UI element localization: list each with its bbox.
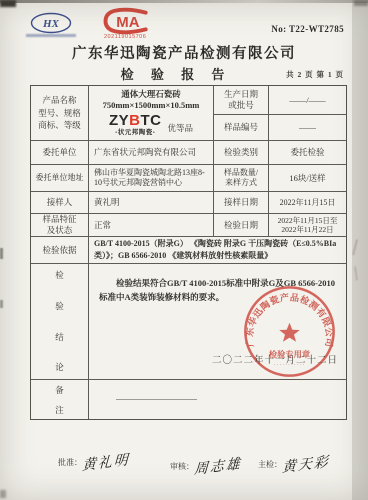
remark-label-char: 备 — [55, 385, 64, 396]
cma-certification-logo: MA — [102, 7, 152, 35]
sampler-value: 黄礼明 — [89, 192, 213, 213]
sample-state-label-line: 及状态 — [47, 225, 73, 236]
document-photo: HX MA 202119015706 No: T22-WT2785 广东华迅陶瓷… — [0, 0, 368, 500]
zybtc-letters: ZY — [109, 112, 129, 129]
product-label-line: 型号、规格 — [38, 108, 81, 119]
approver-signature: 批准： 黄礼明 — [58, 452, 130, 472]
inspection-type-label: 检验类别 — [214, 141, 268, 164]
product-label-line: 商标、等级 — [38, 120, 81, 131]
client-address-label: 委托单位地址 — [31, 165, 88, 191]
inspect-signature-name: 黄天彩 — [282, 451, 331, 477]
review-signature-name: 周志雄 — [194, 453, 243, 479]
reviewer-signature: 审核： 周志雄 — [170, 456, 242, 476]
sample-number-label: 样品编号 — [214, 115, 268, 140]
zybtc-letter-red: B — [129, 112, 140, 129]
sample-number-value: —— — [269, 115, 346, 140]
photo-corner-smudge-left — [0, 0, 16, 7]
conclusion-label-char: 检 — [55, 270, 64, 281]
inspection-date-line: 2022年11月15日至 — [278, 216, 338, 225]
conclusion-label-char: 结 — [55, 332, 64, 343]
signature-row: 批准： 黄礼明 审核： 周志雄 主检： 黄天彩 — [0, 446, 368, 490]
approve-label: 批准： — [58, 457, 82, 468]
inspector-signature: 主检： 黄天彩 — [258, 454, 330, 474]
sample-state-value: 正常 — [89, 214, 213, 236]
cma-license-number: 202119015706 — [104, 34, 146, 40]
remark-cell: —————————— — [89, 380, 346, 419]
photo-edge-top — [0, 0, 368, 3]
sample-state-label: 样品特征 及状态 — [31, 214, 88, 236]
product-spec: 750mm×1500mm×10.5mm — [103, 100, 200, 111]
inspect-label: 主检： — [258, 459, 282, 470]
company-title: 广东华迅陶瓷产品检测有限公司 — [0, 42, 368, 63]
sample-state-label-line: 样品特征 — [42, 214, 76, 225]
conclusion-label-char: 论 — [55, 362, 64, 373]
stamp-star — [279, 323, 300, 342]
cma-logo-text: MA — [116, 14, 139, 31]
zybtc-letters: TC — [141, 112, 162, 129]
review-label: 审核： — [170, 461, 194, 472]
zybtc-wordmark: ZYBTC — [109, 113, 162, 128]
receive-date-value: 2022年11月15日 — [269, 192, 346, 213]
photo-speck — [0, 248, 3, 259]
sample-quantity-label-line: 来样方式 — [225, 178, 257, 188]
product-label-line: 产品名称 — [42, 95, 76, 106]
page-indicator: 共 2 页 第 1 页 — [286, 69, 344, 80]
report-title: 检 验 报 告 — [86, 64, 266, 83]
zybtc-brand-logo: ZYBTC -状元邦陶瓷- — [109, 113, 162, 137]
sample-quantity-value: 16块/送样 — [269, 165, 346, 191]
conclusion-cell: 检验结果符合GB/T 4100-2015标准中附录G及GB 6566-2010标… — [89, 264, 346, 379]
sample-quantity-label-line: 样品数量/ — [224, 168, 258, 178]
inspection-type-value: 委托检验 — [269, 141, 346, 164]
inspection-date-value: 2022年11月15日至 2022年11月22日 — [269, 214, 346, 236]
report-number: No: T22-WT2785 — [271, 24, 344, 34]
remark-label: 备 注 — [31, 380, 88, 419]
hx-accreditation-logo: HX — [30, 12, 72, 36]
conclusion-label: 检 验 结 论 — [31, 264, 88, 379]
receive-date-label: 接样日期 — [214, 192, 268, 213]
conclusion-label-char: 验 — [55, 301, 64, 312]
approve-signature-name: 黄礼明 — [82, 449, 131, 475]
zybtc-chinese-name: -状元邦陶瓷- — [115, 129, 155, 137]
client-value: 广东省状元邦陶瓷有限公司 — [89, 141, 213, 164]
production-date-label-line: 或批号 — [228, 100, 254, 111]
hx-logo-text: HX — [42, 18, 60, 30]
basis-label: 检验依据 — [31, 237, 88, 263]
product-grade: 优等品 — [168, 123, 194, 138]
client-label: 委托单位 — [31, 141, 88, 164]
remark-empty-line: —————————— — [116, 394, 196, 405]
photo-speck — [0, 300, 3, 308]
production-date-value: ——/—— — [269, 86, 346, 114]
product-label-cell: 产品名称 型号、规格 商标、等级 — [31, 86, 88, 140]
inspection-date-label: 检验日期 — [214, 214, 268, 236]
inspection-table: 产品名称 型号、规格 商标、等级 通体大理石瓷砖 750mm×1500mm×10… — [30, 85, 347, 420]
brand-row: ZYBTC -状元邦陶瓷- 优等品 — [109, 113, 193, 137]
sampler-label: 接样人 — [31, 192, 88, 213]
sample-quantity-label: 样品数量/ 来样方式 — [214, 165, 268, 191]
product-content-cell: 通体大理石瓷砖 750mm×1500mm×10.5mm ZYBTC -状元邦陶瓷… — [89, 86, 213, 140]
production-date-label: 生产日期 或批号 — [214, 86, 268, 114]
inspection-date-line: 2022年11月22日 — [281, 225, 333, 234]
hx-logo-subtext — [26, 34, 76, 37]
client-address-value: 佛山市华夏陶瓷城陶北路13座8-10号状元邦陶瓷营销中心 — [89, 165, 213, 191]
production-date-label-line: 生产日期 — [224, 89, 258, 100]
photo-speck — [0, 490, 6, 498]
remark-label-char: 注 — [55, 405, 64, 416]
conclusion-date: 二〇二二年十一月二十二日 — [212, 356, 338, 368]
product-name: 通体大理石瓷砖 — [121, 89, 181, 100]
basis-value: GB/T 4100-2015（附录G） 《陶瓷砖 附录G 干压陶瓷砖（E≤0.5… — [89, 237, 346, 263]
